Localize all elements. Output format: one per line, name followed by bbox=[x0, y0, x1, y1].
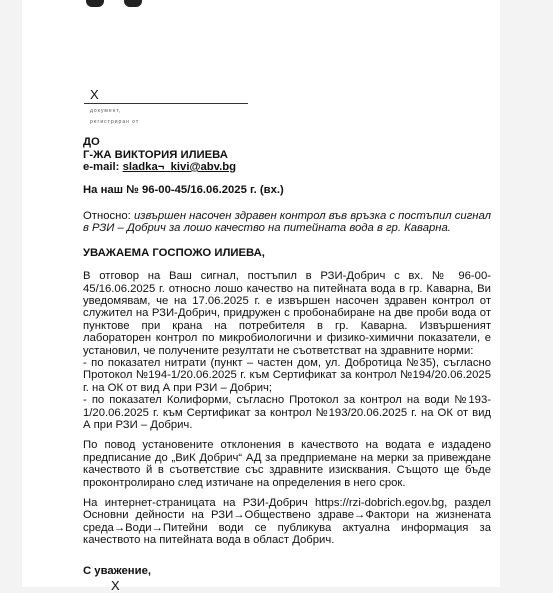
to-label: ДО bbox=[83, 136, 491, 149]
greeting: УВАЖАЕМА ГОСПОЖО ИЛИЕВА, bbox=[83, 247, 491, 259]
body-paragraph-2: По повод установените отклонения в качес… bbox=[83, 439, 491, 489]
body-paragraph-1: В отговор на Ваш сигнал, постъпил в РЗИ-… bbox=[83, 270, 491, 357]
email-label: e-mail: bbox=[83, 161, 119, 173]
reference-number: На наш № 96-00-45/16.06.2025 г. (вх.) bbox=[83, 184, 491, 196]
document-page: X документ, регистриран от ДО Г-ЖА ВИКТО… bbox=[22, 0, 500, 587]
signature-mark: X bbox=[111, 578, 120, 587]
body-paragraph-3: На интернет-страницата на РЗИ-Добрич htt… bbox=[83, 497, 491, 547]
list-item-coliforms: - по показател Колиформи, съгласно Прото… bbox=[83, 394, 491, 431]
stamp-mark-icon bbox=[86, 0, 142, 8]
registration-mark: X bbox=[90, 88, 248, 102]
letter-content: ДО Г-ЖА ВИКТОРИЯ ИЛИЕВА e-mail: sladka¬_… bbox=[83, 136, 491, 577]
recipient-name: Г-ЖА ВИКТОРИЯ ИЛИЕВА bbox=[83, 149, 491, 162]
closing: С уважение, bbox=[83, 565, 491, 577]
recipient-block: ДО Г-ЖА ВИКТОРИЯ ИЛИЕВА e-mail: sladka¬_… bbox=[83, 136, 491, 174]
list-item-nitrates: - по показател нитрати (пункт – частен д… bbox=[83, 357, 491, 394]
subject: Относно: извършен насочен здравен контро… bbox=[83, 210, 491, 235]
recipient-email-row: e-mail: sladka¬_kivi@abv.bg bbox=[83, 161, 491, 174]
registration-caption-1: документ, bbox=[90, 107, 248, 115]
email-link[interactable]: sladka¬_kivi@abv.bg bbox=[123, 161, 236, 173]
subject-label: Относно: bbox=[83, 210, 131, 222]
registration-signature-block: X документ, регистриран от bbox=[84, 88, 248, 126]
registration-caption-2: регистриран от bbox=[90, 118, 248, 126]
signature-line bbox=[84, 103, 248, 104]
subject-text: извършен насочен здравен контрол във връ… bbox=[83, 210, 491, 234]
